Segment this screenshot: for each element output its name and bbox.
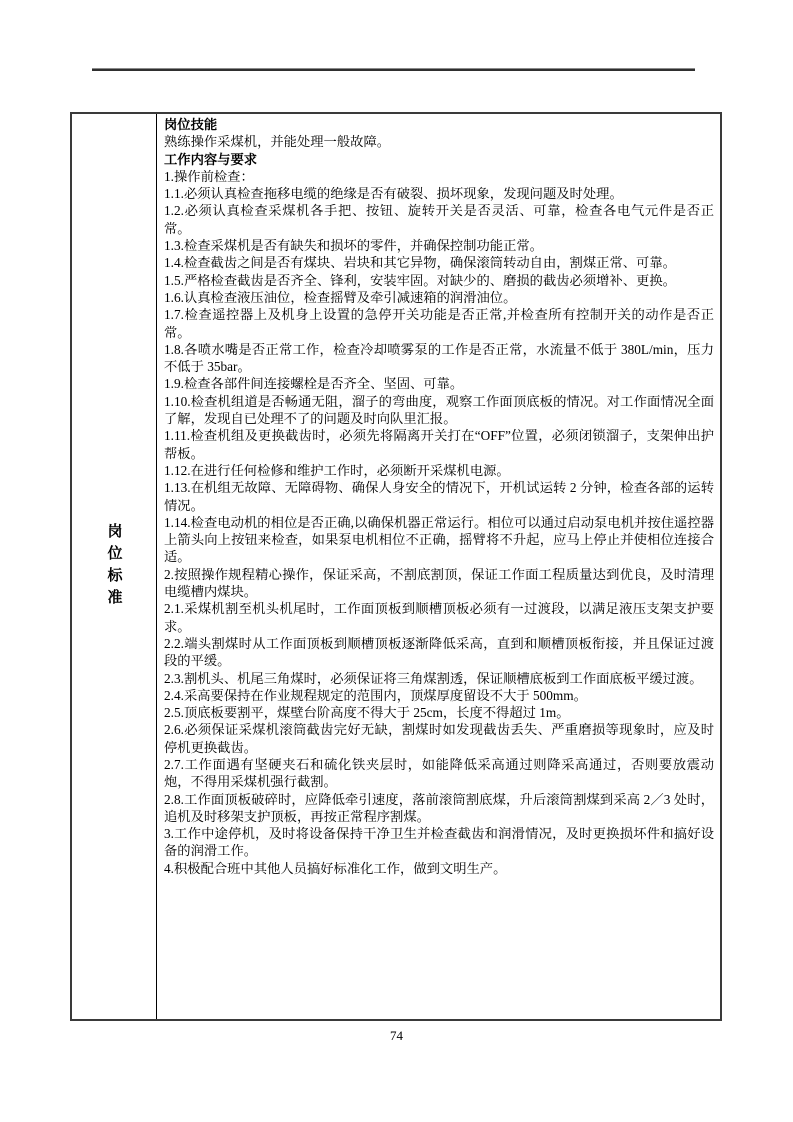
content-paragraph: 1.4.检查截齿之间是否有煤块、岩块和其它异物，确保滚筒转动自由，割煤正常、可靠… (164, 254, 714, 271)
content-paragraph: 1.3.检查采煤机是否有缺失和损坏的零件，并确保控制功能正常。 (164, 237, 714, 254)
content-paragraph: 1.1.必须认真检查拖移电缆的绝缘是否有破裂、损坏现象，发现问题及时处理。 (164, 185, 714, 202)
content-paragraph: 1.2.必须认真检查采煤机各手把、按钮、旋转开关是否灵活、可靠，检查各电气元件是… (164, 202, 714, 237)
content-paragraph: 1.5.严格检查截齿是否齐全、锋利，安装牢固。对缺少的、磨损的截齿必须增补、更换… (164, 272, 714, 289)
document-page: { "page": { "number": "74" }, "table": {… (0, 0, 793, 1122)
content-paragraph: 1.9.检查各部件间连接螺栓是否齐全、坚固、可靠。 (164, 375, 714, 392)
content-paragraph: 2.按照操作规程精心操作，保证采高，不割底割顶，保证工作面工程质量达到优良，及时… (164, 566, 714, 601)
content-paragraph: 2.3.割机头、机尾三角煤时，必须保证将三角煤割透，保证顺槽底板到工作面底板平缓… (164, 670, 714, 687)
content-paragraph: 1.12.在进行任何检修和维护工作时，必须断开采煤机电源。 (164, 462, 714, 479)
content-paragraph: 2.4.采高要保持在作业规程规定的范围内，顶煤厚度留设不大于 500mm。 (164, 687, 714, 704)
content-cell: 岗位技能熟练操作采煤机，并能处理一般故障。工作内容与要求1.操作前检查：1.1.… (157, 114, 720, 1019)
content-paragraph: 1.8.各喷水嘴是否正常工作，检查冷却喷雾泵的工作是否正常，水流量不低于 380… (164, 341, 714, 376)
row-label: 岗位标准 (107, 523, 122, 611)
content-paragraph: 1.14.检查电动机的相位是否正确,以确保机器正常运行。相位可以通过启动泵电机并… (164, 514, 714, 566)
content-paragraph: 2.5.顶底板要割平，煤壁台阶高度不得大于 25cm，长度不得超过 1m。 (164, 704, 714, 721)
content-paragraph: 2.2.端头割煤时从工作面顶板到顺槽顶板逐渐降低采高，直到和顺槽顶板衔接，并且保… (164, 635, 714, 670)
content-paragraph: 1.13.在机组无故障、无障碍物、确保人身安全的情况下，开机试运转 2 分钟，检… (164, 479, 714, 514)
content-paragraph: 1.11.检查机组及更换截齿时，必须先将隔离开关打在“OFF”位置，必须闭锁溜子… (164, 427, 714, 462)
content-paragraph: 2.8.工作面顶板破碎时，应降低牵引速度，落前滚筒割底煤，升后滚筒割煤到采高 2… (164, 791, 714, 826)
content-paragraph: 4.积极配合班中其他人员搞好标准化工作，做到文明生产。 (164, 860, 714, 877)
page-header-rule (92, 68, 695, 71)
position-standard-table: 岗位标准 岗位技能熟练操作采煤机，并能处理一般故障。工作内容与要求1.操作前检查… (70, 112, 722, 1021)
content-paragraph: 1.操作前检查： (164, 168, 714, 185)
content-paragraph: 熟练操作采煤机，并能处理一般故障。 (164, 133, 714, 150)
row-label-cell: 岗位标准 (72, 114, 157, 1019)
content-paragraph: 1.6.认真检查液压油位，检查摇臂及牵引减速箱的润滑油位。 (164, 289, 714, 306)
content-paragraph: 2.7.工作面遇有坚硬夹石和硫化铁夹层时，如能降低采高通过则降采高通过，否则要放… (164, 756, 714, 791)
page-number: 74 (0, 1028, 793, 1043)
content-paragraph: 2.6.必须保证采煤机滚筒截齿完好无缺，割煤时如发现截齿丢失、严重磨损等现象时，… (164, 721, 714, 756)
content-paragraph: 1.10.检查机组道是否畅通无阻，溜子的弯曲度，观察工作面顶底板的情况。对工作面… (164, 393, 714, 428)
content-paragraph: 1.7.检查遥控器上及机身上设置的急停开关功能是否正常,并检查所有控制开关的动作… (164, 306, 714, 341)
content-paragraph: 3.工作中途停机，及时将设备保持干净卫生并检查截齿和润滑情况，及时更换损坏件和搞… (164, 825, 714, 860)
section-heading: 岗位技能 (164, 116, 714, 133)
section-heading: 工作内容与要求 (164, 151, 714, 168)
content-paragraph: 2.1.采煤机割至机头机尾时，工作面顶板到顺槽顶板必须有一过渡段，以满足液压支架… (164, 600, 714, 635)
